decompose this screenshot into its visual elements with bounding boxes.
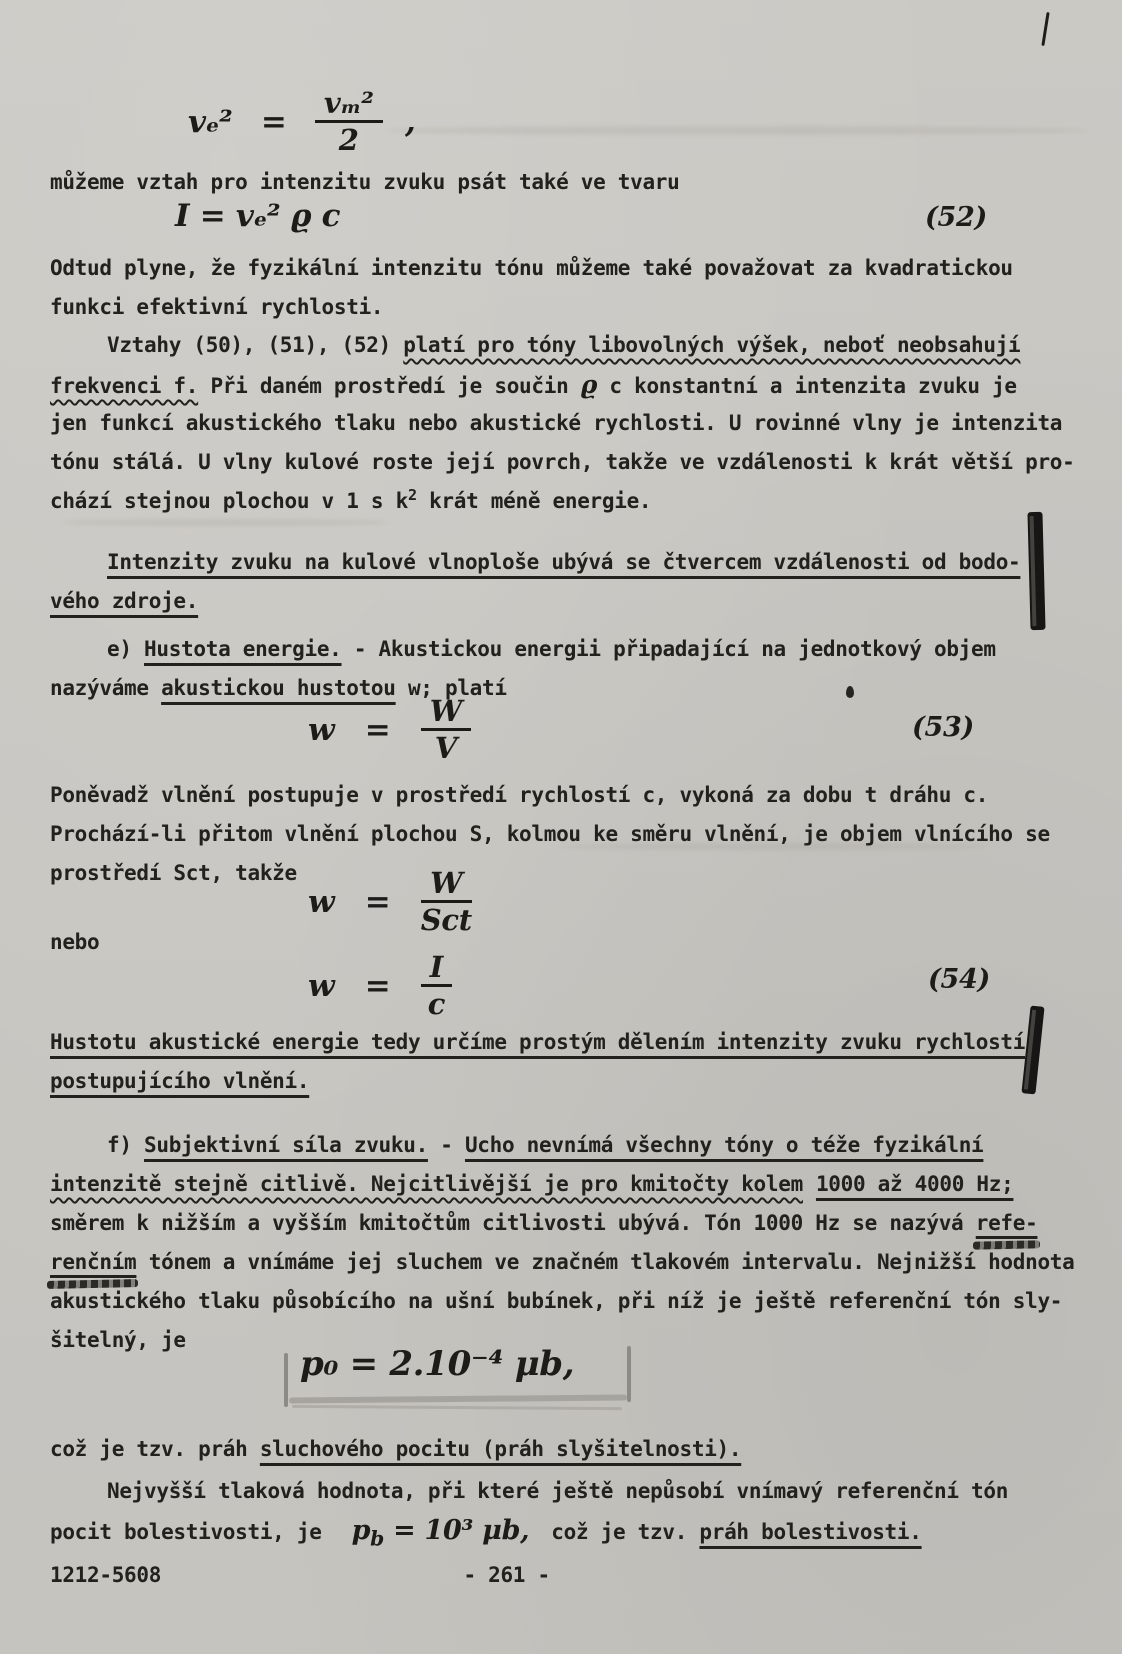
text: což je tzv. práh bbox=[50, 1437, 260, 1461]
underlined-text: platí pro tóny libovolných výšek, neboť … bbox=[403, 333, 1020, 357]
underlined-text: práh bolestivosti. bbox=[699, 1520, 921, 1544]
pencil-underline bbox=[292, 1405, 622, 1410]
paragraph-vztahy: Vztahy (50), (51), (52) platí pro tóny l… bbox=[50, 326, 1098, 521]
text-line: směrem k nižším a vyšším kmitočtům citli… bbox=[50, 1204, 1098, 1243]
underlined-text: frekvenci f. bbox=[50, 374, 198, 398]
underlined-text: Intenzity zvuku na kulové vlnoploše ubýv… bbox=[107, 550, 1020, 574]
pencil-underline bbox=[289, 1395, 627, 1404]
formula-base: p bbox=[352, 1515, 371, 1546]
text: což je tzv. bbox=[551, 1520, 699, 1544]
text-line: pocit bolestivosti, jepb = 10³ μb,což je… bbox=[50, 1511, 1098, 1550]
rho-symbol: ϱ bbox=[581, 370, 597, 399]
formula-lhs: w bbox=[308, 884, 334, 920]
paragraph-prah-slysitelnosti: což je tzv. práh sluchového pocitu (práh… bbox=[50, 1430, 1098, 1469]
text-line: akustického tlaku působícího na ušní bub… bbox=[50, 1282, 1098, 1321]
underlined-text: vého zdroje. bbox=[50, 589, 198, 613]
fraction-denominator: c bbox=[421, 987, 452, 1019]
text-line: intenzitě stejně citlivě. Nejcitlivější … bbox=[50, 1165, 1098, 1204]
text: - bbox=[428, 1133, 465, 1157]
underlined-text: sluchového pocitu (práh slyšitelnosti). bbox=[260, 1437, 741, 1461]
text-line: postupujícího vlnění. bbox=[50, 1062, 1098, 1101]
equation-number: (53) bbox=[912, 712, 974, 743]
text-line: Vztahy (50), (51), (52) platí pro tóny l… bbox=[50, 326, 1098, 365]
text: funkci efektivní rychlosti. bbox=[50, 295, 383, 319]
underlined-text: Hustota energie. bbox=[144, 637, 342, 661]
text: Nejvyšší tlaková hodnota, při které ješt… bbox=[107, 1479, 1008, 1503]
text: nebo bbox=[50, 930, 99, 954]
text-line: Prochází-li přitom vlnění plochou S, kol… bbox=[50, 815, 1098, 854]
equation-number: (54) bbox=[928, 964, 990, 995]
fraction: I c bbox=[421, 952, 452, 1020]
text: c konstantní a intenzita zvuku je bbox=[597, 374, 1017, 398]
text-line: Nejvyšší tlaková hodnota, při které ješt… bbox=[50, 1472, 1098, 1511]
text-line: f) Subjektivní síla zvuku. - Ucho nevním… bbox=[50, 1126, 1098, 1165]
equals-sign: = bbox=[365, 884, 391, 920]
fraction-numerator: W bbox=[421, 696, 471, 731]
formula-body: I = vₑ² ϱ c bbox=[175, 198, 340, 234]
formula-54: w = I c (54) bbox=[50, 952, 1098, 1020]
formula-effective-velocity: vₑ² = vₘ² 2 , bbox=[50, 88, 1098, 156]
text-line: frekvenci f. Při daném prostředí je souč… bbox=[50, 365, 1098, 404]
equation-number: (52) bbox=[925, 202, 987, 233]
underlined-text: Subjektivní síla zvuku. bbox=[144, 1133, 428, 1157]
formula-rest: = 10³ μb, bbox=[384, 1515, 529, 1546]
pencil-bracket-left bbox=[284, 1353, 288, 1407]
text: chází stejnou plochou v 1 s k bbox=[50, 489, 408, 513]
paragraph-hustotu-statement: Hustotu akustické energie tedy určíme pr… bbox=[50, 1023, 1098, 1101]
underlined-text: 1000 až 4000 Hz; bbox=[816, 1172, 1014, 1196]
text: f) bbox=[107, 1133, 144, 1157]
paragraph-nejvyssi: Nejvyšší tlaková hodnota, při které ješt… bbox=[50, 1472, 1098, 1550]
fraction-numerator: vₘ² bbox=[315, 88, 383, 123]
fraction-numerator: I bbox=[421, 952, 452, 987]
paragraph-odtud: Odtud plyne, že fyzikální intenzitu tónu… bbox=[50, 249, 1098, 327]
formula-52: I = vₑ² ϱ c (52) bbox=[50, 198, 1098, 234]
text: Při daném prostředí je součin bbox=[198, 374, 581, 398]
text: Poněvadž vlnění postupuje v prostředí ry… bbox=[50, 783, 988, 807]
underlined-text: Hustotu akustické energie tedy určíme pr… bbox=[50, 1030, 1025, 1054]
document-number: 1212-5608 bbox=[50, 1563, 161, 1587]
fraction-numerator: W bbox=[421, 868, 472, 903]
text: e) bbox=[107, 637, 144, 661]
page-number: - 261 - bbox=[463, 1563, 549, 1587]
underlined-text: postupujícího vlnění. bbox=[50, 1069, 309, 1093]
text-line: Intenzity zvuku na kulové vlnoploše ubýv… bbox=[50, 543, 1098, 582]
heavy-underlined-text: refe- bbox=[976, 1211, 1038, 1235]
heavy-underlined-text: renčním bbox=[50, 1250, 136, 1274]
underlined-text: Ucho nevnímá všechny tóny o téže fyzikál… bbox=[465, 1133, 983, 1157]
margin-emphasis-bar bbox=[1027, 512, 1045, 630]
paragraph-intro: můžeme vztah pro intenzitu zvuku psát ta… bbox=[50, 163, 1098, 202]
formula-subscript: b bbox=[370, 1526, 384, 1550]
text: - Akustickou energii připadající na jedn… bbox=[342, 637, 996, 661]
comma: , bbox=[405, 104, 416, 140]
pencil-bracket-right bbox=[627, 1346, 631, 1402]
document-page: vₑ² = vₘ² 2 , můžeme vztah pro intenzitu… bbox=[0, 0, 1122, 1654]
text: můžeme vztah pro intenzitu zvuku psát ta… bbox=[50, 170, 680, 194]
text: směrem k nižším a vyšším kmitočtům citli… bbox=[50, 1211, 976, 1235]
text-line: jen funkcí akustického tlaku nebo akusti… bbox=[50, 404, 1098, 443]
fraction-denominator: 2 bbox=[315, 123, 383, 155]
paragraph-intenzity-statement: Intenzity zvuku na kulové vlnoploše ubýv… bbox=[50, 543, 1098, 621]
text-line: což je tzv. práh sluchového pocitu (práh… bbox=[50, 1430, 1098, 1469]
equals-sign: = bbox=[365, 968, 391, 1004]
fraction: W V bbox=[421, 696, 471, 764]
text: jen funkcí akustického tlaku nebo akusti… bbox=[50, 411, 1062, 435]
text-line: Odtud plyne, že fyzikální intenzitu tónu… bbox=[50, 249, 1098, 288]
formula-lhs: w bbox=[308, 968, 334, 1004]
text-line: Hustotu akustické energie tedy určíme pr… bbox=[50, 1023, 1098, 1062]
text-line: funkci efektivní rychlosti. bbox=[50, 288, 1098, 327]
paragraph-subjektivni: f) Subjektivní síla zvuku. - Ucho nevním… bbox=[50, 1126, 1098, 1360]
text-line: 1212-5608 - 261 - bbox=[50, 1556, 1098, 1595]
superscript: 2 bbox=[408, 486, 417, 504]
text: Odtud plyne, že fyzikální intenzitu tónu… bbox=[50, 256, 1013, 280]
underlined-text: intenzitě stejně citlivě. Nejcitlivější … bbox=[50, 1172, 803, 1196]
formula-lhs: w bbox=[308, 712, 334, 748]
text: krát méně energie. bbox=[417, 489, 652, 513]
text-line: chází stejnou plochou v 1 s k2 krát méně… bbox=[50, 482, 1098, 521]
text-line: renčním tónem a vnímáme jej sluchem ve z… bbox=[50, 1243, 1098, 1282]
text-line: Poněvadž vlnění postupuje v prostředí ry… bbox=[50, 776, 1098, 815]
text-line: vého zdroje. bbox=[50, 582, 1098, 621]
text: Vztahy (50), (51), (52) bbox=[107, 333, 403, 357]
formula-body: p₀ = 2.10⁻⁴ μb, bbox=[300, 1344, 574, 1384]
text-line: můžeme vztah pro intenzitu zvuku psát ta… bbox=[50, 163, 1098, 202]
text: Prochází-li přitom vlnění plochou S, kol… bbox=[50, 822, 1050, 846]
fraction: vₘ² 2 bbox=[315, 88, 383, 156]
text-line: tónu stálá. U vlny kulové roste její pov… bbox=[50, 443, 1098, 482]
formula-lhs: vₑ² bbox=[188, 104, 232, 140]
text: šitelný, je bbox=[50, 1328, 186, 1352]
text: akustického tlaku působícího na ušní bub… bbox=[50, 1289, 1062, 1313]
text: tónem a vnímáme jej sluchem ve značném t… bbox=[136, 1250, 1074, 1274]
text: pocit bolestivosti, je bbox=[50, 1520, 322, 1544]
equals-sign: = bbox=[261, 104, 287, 140]
formula-pb: pb = 10³ μb, bbox=[352, 1515, 530, 1546]
fraction-denominator: V bbox=[421, 731, 471, 763]
pen-stroke-mark bbox=[1041, 12, 1049, 46]
equals-sign: = bbox=[365, 712, 391, 748]
text-line: e) Hustota energie. - Akustickou energii… bbox=[50, 630, 1098, 669]
text: tónu stálá. U vlny kulové roste její pov… bbox=[50, 450, 1074, 474]
formula-53: w = W V (53) bbox=[50, 696, 1098, 764]
page-footer: 1212-5608 - 261 - bbox=[50, 1556, 1098, 1595]
